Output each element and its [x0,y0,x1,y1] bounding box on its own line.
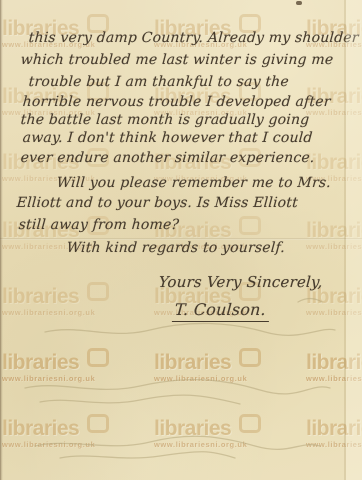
watermark-brand-text: libraries [154,417,231,440]
watermark-ni-logo-icon [87,414,109,433]
ink-speck [296,1,302,5]
letter-line: Will you please remember me to Mrs. [56,173,332,193]
library-watermark: librarieswww.librariesni.org.uk [154,348,306,383]
watermark-brand-text: libraries [2,285,79,308]
watermark-ni-logo-icon [87,348,109,367]
signature-text: T. Coulson. [172,300,271,322]
horizontal-fold-crease [0,238,362,240]
watermark-url-text: www.librariesni.org.uk [2,440,154,449]
watermark-url-text: www.librariesni.org.uk [2,308,154,317]
watermark-brand-text: libraries [2,417,79,440]
letter-line: trouble but I am thankful to say the [28,72,290,92]
letter-line: ever endure another similar experience. [20,148,315,168]
scan-left-edge-shadow [0,0,3,480]
signature: T. Coulson. [172,300,271,320]
library-watermark: librarieswww.librariesni.org.uk [2,414,154,449]
watermark-url-text: www.librariesni.org.uk [2,374,154,383]
letter-line: away. I don't think however that I could [22,128,313,148]
closing-line: With kind regards to yourself. [66,238,286,258]
watermark-ni-logo-icon [239,348,261,367]
letter-line: horrible nervous trouble I developed aft… [22,92,331,112]
letter-line: still away from home? [18,215,180,235]
valediction: Yours Very Sincerely, [158,272,323,292]
library-watermark: librarieswww.librariesni.org.uk [2,282,154,317]
library-watermark: librarieswww.librariesni.org.uk [154,414,306,449]
letter-line: the battle last month is gradually going [20,110,310,130]
watermark-ni-logo-icon [239,414,261,433]
library-watermark: librarieswww.librariesni.org.uk [2,348,154,383]
scanned-letter-page: librarieswww.librariesni.org.uklibraries… [0,0,362,480]
page-edge-highlight [346,0,362,480]
watermark-ni-logo-icon [239,216,261,235]
watermark-url-text: www.librariesni.org.uk [154,374,306,383]
letter-line: which troubled me last winter is giving … [20,50,334,70]
watermark-ni-logo-icon [87,282,109,301]
letter-line: this very damp Country. Already my shoul… [28,28,359,48]
letter-line: Elliott and to your boys. Is Miss Elliot… [16,193,299,213]
watermark-brand-text: libraries [154,351,231,374]
watermark-brand-text: libraries [2,351,79,374]
watermark-url-text: www.librariesni.org.uk [154,440,306,449]
